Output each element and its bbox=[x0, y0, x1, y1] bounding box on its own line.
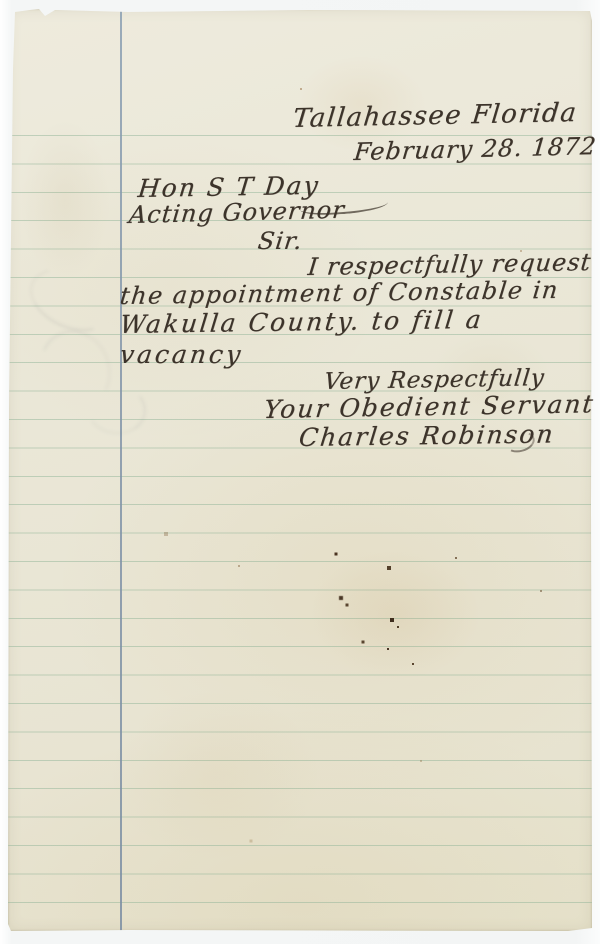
paper-stain bbox=[296, 56, 426, 151]
paper-stain bbox=[110, 690, 320, 860]
foxing-specks bbox=[0, 0, 2, 2]
paper-stain bbox=[430, 330, 550, 420]
scan-background: Tallahassee Florida February 28. 1872 Ho… bbox=[0, 0, 600, 944]
paper-stain bbox=[20, 120, 110, 280]
paper-stain bbox=[310, 550, 480, 680]
